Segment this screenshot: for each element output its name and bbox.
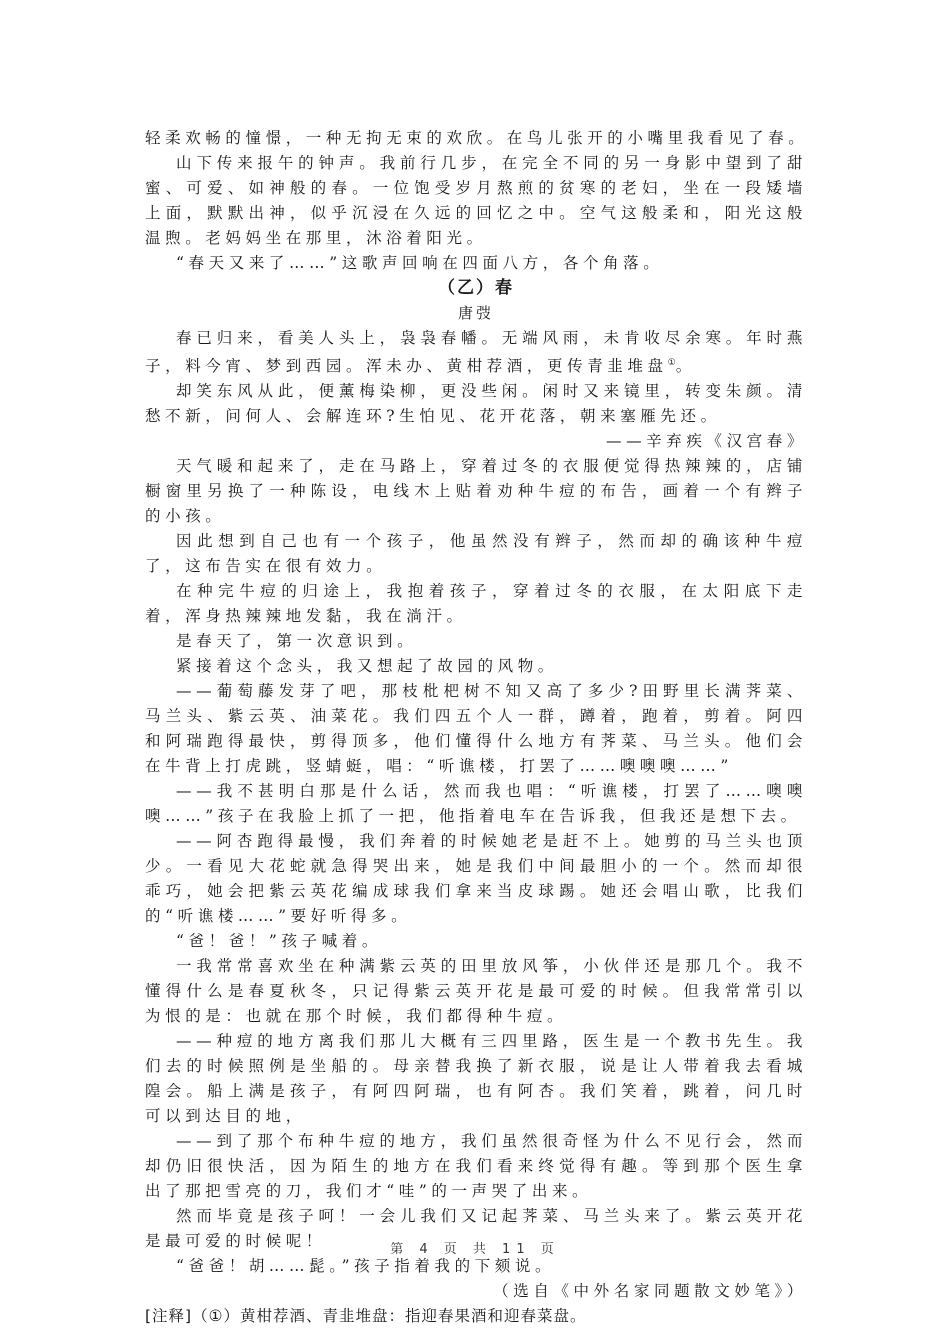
document-page: 轻柔欢畅的憧憬，一种无拘无束的欢欣。在鸟儿张开的小嘴里我看见了春。 山下传来报午… xyxy=(145,126,807,1329)
paragraph: 轻柔欢畅的憧憬，一种无拘无束的欢欣。在鸟儿张开的小嘴里我看见了春。 xyxy=(145,126,807,151)
paragraph: 在种完牛痘的归途上，我抱着孩子，穿着过冬的衣服，在太阳底下走着，浑身热辣辣地发黏… xyxy=(145,579,807,629)
poem-text: 春已归来，看美人头上，袅袅春幡。无端风雨，未肯收尽余寒。年时燕子，料今宵、梦到西… xyxy=(145,329,807,375)
paragraph: 天气暖和起来了，走在马路上，穿着过冬的衣服便觉得热辣辣的，店铺橱窗里另换了一种陈… xyxy=(145,454,807,529)
paragraph: 是春天了，第一次意识到。 xyxy=(145,629,807,654)
poem-attribution: ——辛弃疾《汉宫春》 xyxy=(145,429,807,454)
poem-tail: 。 xyxy=(676,357,696,375)
poem-stanza: 春已归来，看美人头上，袅袅春幡。无端风雨，未肯收尽余寒。年时燕子，料今宵、梦到西… xyxy=(145,326,807,379)
footnote: [注释]（①）黄柑荐酒、青韭堆盘：指迎春果酒和迎春菜盘。 xyxy=(145,1304,807,1329)
paragraph: ——到了那个布种牛痘的地方，我们虽然很奇怪为什么不见行会，然而却仍旧很快活，因为… xyxy=(145,1129,807,1204)
poem-stanza: 却笑东风从此，便薰梅染柳，更没些闲。闲时又来镜里，转变朱颜。清愁不新，问何人、会… xyxy=(145,379,807,429)
page-number: 第 4 页 共 11 页 xyxy=(0,1238,950,1257)
paragraph: ——葡萄藤发芽了吧，那枝枇杷树不知又高了多少?田野里长满荠菜、马兰头、紫云英、油… xyxy=(145,679,807,779)
paragraph: 山下传来报午的钟声。我前行几步，在完全不同的另一身影中望到了甜蜜、可爱、如神般的… xyxy=(145,151,807,251)
source-citation: （选自《中外名家同题散文妙笔》） xyxy=(145,1279,807,1304)
paragraph: “爸！爸！”孩子喊着。 xyxy=(145,929,807,954)
paragraph: 紧接着这个念头，我又想起了故园的风物。 xyxy=(145,654,807,679)
author: 唐弢 xyxy=(145,301,807,326)
footnote-marker: ① xyxy=(668,358,676,368)
paragraph: “春天又来了……”这歌声回响在四面八方，各个角落。 xyxy=(145,251,807,276)
section-title: （乙）春 xyxy=(145,276,807,301)
paragraph: “爸爸！胡……髭。”孩子指着我的下颏说。 xyxy=(145,1254,807,1279)
paragraph: 一我常常喜欢坐在种满紫云英的田里放风筝，小伙伴还是那几个。我不懂得什么是春夏秋冬… xyxy=(145,954,807,1029)
paragraph: 因此想到自己也有一个孩子，他虽然没有辫子，然而却的确该种牛痘了，这布告实在很有效… xyxy=(145,529,807,579)
paragraph: ——种痘的地方离我们那儿大概有三四里路，医生是一个教书先生。我们去的时候照例是坐… xyxy=(145,1029,807,1129)
paragraph: ——我不甚明白那是什么话，然而我也唱：“听谯楼，打罢了……噢噢噢……”孩子在我脸… xyxy=(145,779,807,829)
paragraph: ——阿杏跑得最慢，我们奔着的时候她老是赶不上。她剪的马兰头也顶少。一看见大花蛇就… xyxy=(145,829,807,929)
